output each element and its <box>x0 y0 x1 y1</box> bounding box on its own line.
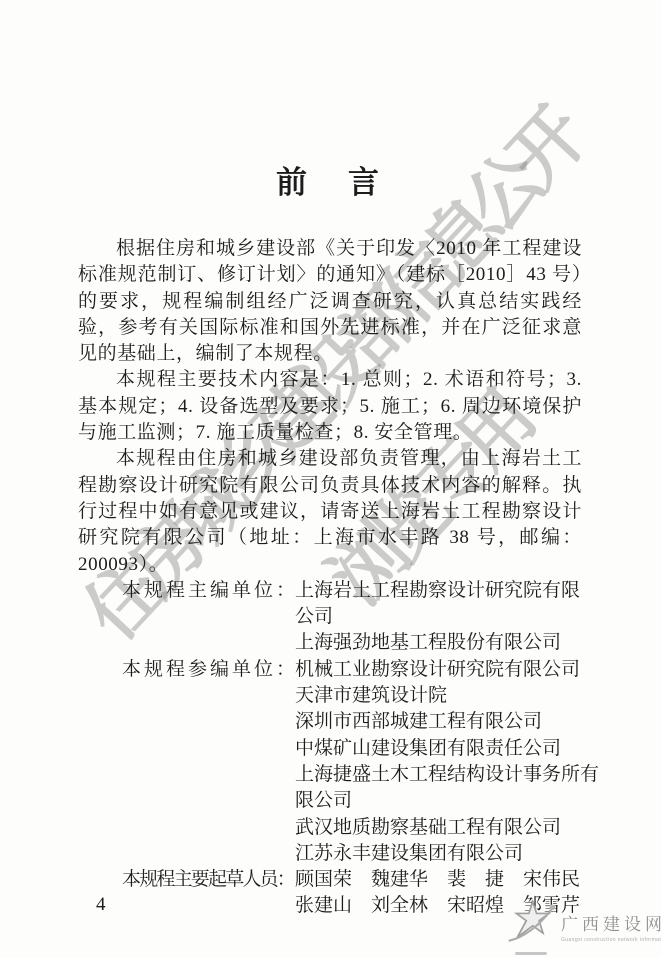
co-editor-row: 本规程参编单位： 机械工业勘察设计研究院有限公司 天津市建筑设计院 深圳市西部城… <box>78 657 582 867</box>
page-content: 前 言 根据住房和城乡建设部《关于印发〈2010 年工程建设标准规范制订、修订计… <box>78 163 582 920</box>
star-icon <box>505 898 557 955</box>
logo-caption-blur <box>515 952 547 955</box>
logo-tagline: Guangxi construction network information <box>561 937 661 943</box>
chief-editor-row: 本规程主编单位： 上海岩土工程勘察设计研究院有限 公司 上海强劲地基工程股份有限… <box>78 578 582 657</box>
site-logo: 广西建设网 Guangxi construction network infor… <box>505 896 657 956</box>
colophon-line: 天津市建筑设计院 <box>295 683 599 709</box>
page-number: 4 <box>96 894 106 916</box>
colophon-line: 限公司 <box>295 788 599 814</box>
colophon-line: 中煤矿山建设集团有限责任公司 <box>295 736 599 762</box>
colophon-line: 深圳市西部城建工程有限公司 <box>295 709 599 735</box>
chief-editor-units: 上海岩土工程勘察设计研究院有限 公司 上海强劲地基工程股份有限公司 <box>295 578 580 657</box>
colophon: 本规程主编单位： 上海岩土工程勘察设计研究院有限 公司 上海强劲地基工程股份有限… <box>78 578 582 920</box>
paragraph-2: 本规程主要技术内容是：1. 总则；2. 术语和符号；3. 基本规定；4. 设备选… <box>78 367 582 446</box>
colophon-line: 顾国荣 魏建华 裴 捷 宋伟民 <box>295 867 580 893</box>
colophon-line: 上海岩土工程勘察设计研究院有限 <box>295 578 580 604</box>
colophon-line: 江苏永丰建设集团有限公司 <box>295 841 599 867</box>
colophon-line: 上海强劲地基工程股份有限公司 <box>295 630 580 656</box>
colophon-line: 公司 <box>295 604 580 630</box>
logo-name: 广西建设网 <box>561 910 661 935</box>
paragraph-3: 本规程由住房和城乡建设部负责管理，由上海岩土工程勘察设计研究院有限公司负责具体技… <box>78 446 582 577</box>
paragraph-1: 根据住房和城乡建设部《关于印发〈2010 年工程建设标准规范制订、修订计划〉的通… <box>78 236 582 367</box>
drafters-label: 本规程主要起草人员： <box>122 867 295 893</box>
chief-editor-label: 本规程主编单位： <box>122 578 295 604</box>
document-page: 住房城乡建设部信息公开 浏览专用 前 言 根据住房和城乡建设部《关于印发〈201… <box>0 0 661 958</box>
page-title: 前 言 <box>78 163 582 203</box>
logo-text: 广西建设网 Guangxi construction network infor… <box>561 910 661 943</box>
colophon-line: 武汉地质勘察基础工程有限公司 <box>295 815 599 841</box>
co-editor-label: 本规程参编单位： <box>122 657 295 683</box>
colophon-line: 上海捷盛土木工程结构设计事务所有 <box>295 762 599 788</box>
colophon-line: 机械工业勘察设计研究院有限公司 <box>295 657 599 683</box>
co-editor-units: 机械工业勘察设计研究院有限公司 天津市建筑设计院 深圳市西部城建工程有限公司 中… <box>295 657 599 867</box>
